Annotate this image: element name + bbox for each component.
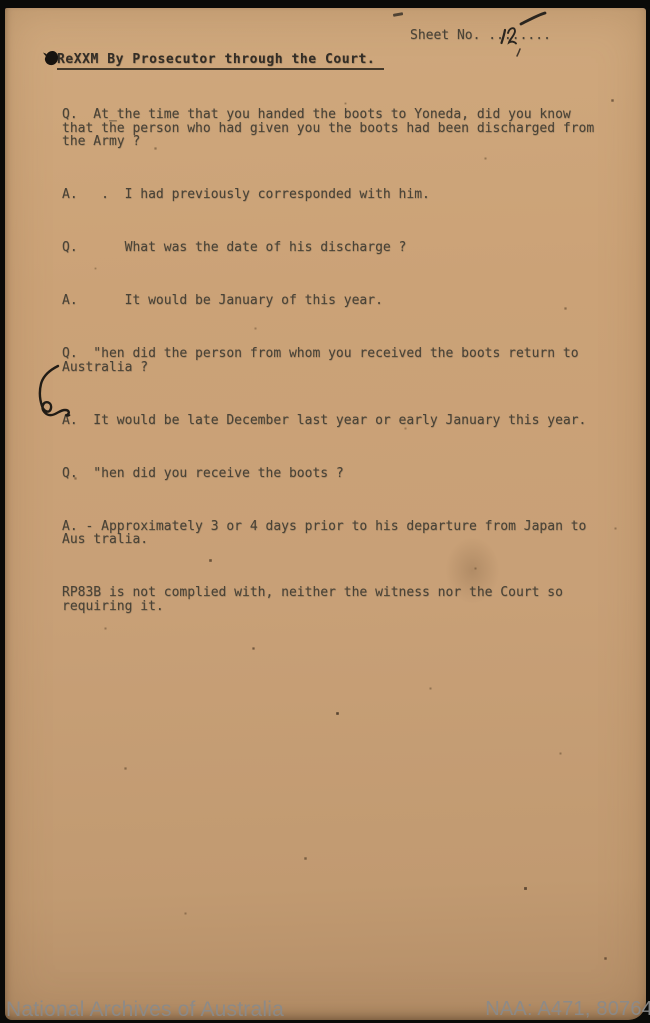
transcript: Q. At_the time that you handed the boots… — [62, 81, 622, 653]
transcript-paragraph: A. . I had previously corresponded with … — [62, 188, 622, 202]
transcript-paragraph: Q. "hen did the person from whom you rec… — [62, 347, 622, 374]
transcript-note: RP83B is not complied with, neither the … — [62, 586, 622, 613]
transcript-paragraph: Q. What was the date of his discharge ? — [62, 241, 622, 255]
section-heading-text: ReXXM By Prosecutor through the Court. — [57, 52, 384, 70]
section-heading: ReXXM By Prosecutor through the Court. — [57, 52, 384, 67]
scanned-document-page: Sheet No. ........ ReXXM By Prosecutor t… — [0, 0, 650, 1023]
sheet-number-label: Sheet No. — [410, 28, 480, 43]
transcript-paragraph: Q. At_the time that you handed the boots… — [62, 108, 622, 149]
signature-mark — [30, 362, 74, 420]
archive-watermark: National Archives of Australia — [6, 998, 284, 1022]
reference-watermark: NAA: A471, 80764 — [485, 998, 650, 1021]
transcript-paragraph: A. It would be January of this year. — [62, 294, 622, 308]
paper-speckles — [5, 8, 6, 9]
transcript-paragraph: A. - Approximately 3 or 4 days prior to … — [62, 520, 622, 547]
transcript-paragraph: A. It would be late December last year o… — [62, 414, 622, 428]
transcript-paragraph: Q. "hen did you receive the boots ? — [62, 467, 622, 481]
handwritten-sheet-number — [486, 8, 552, 58]
